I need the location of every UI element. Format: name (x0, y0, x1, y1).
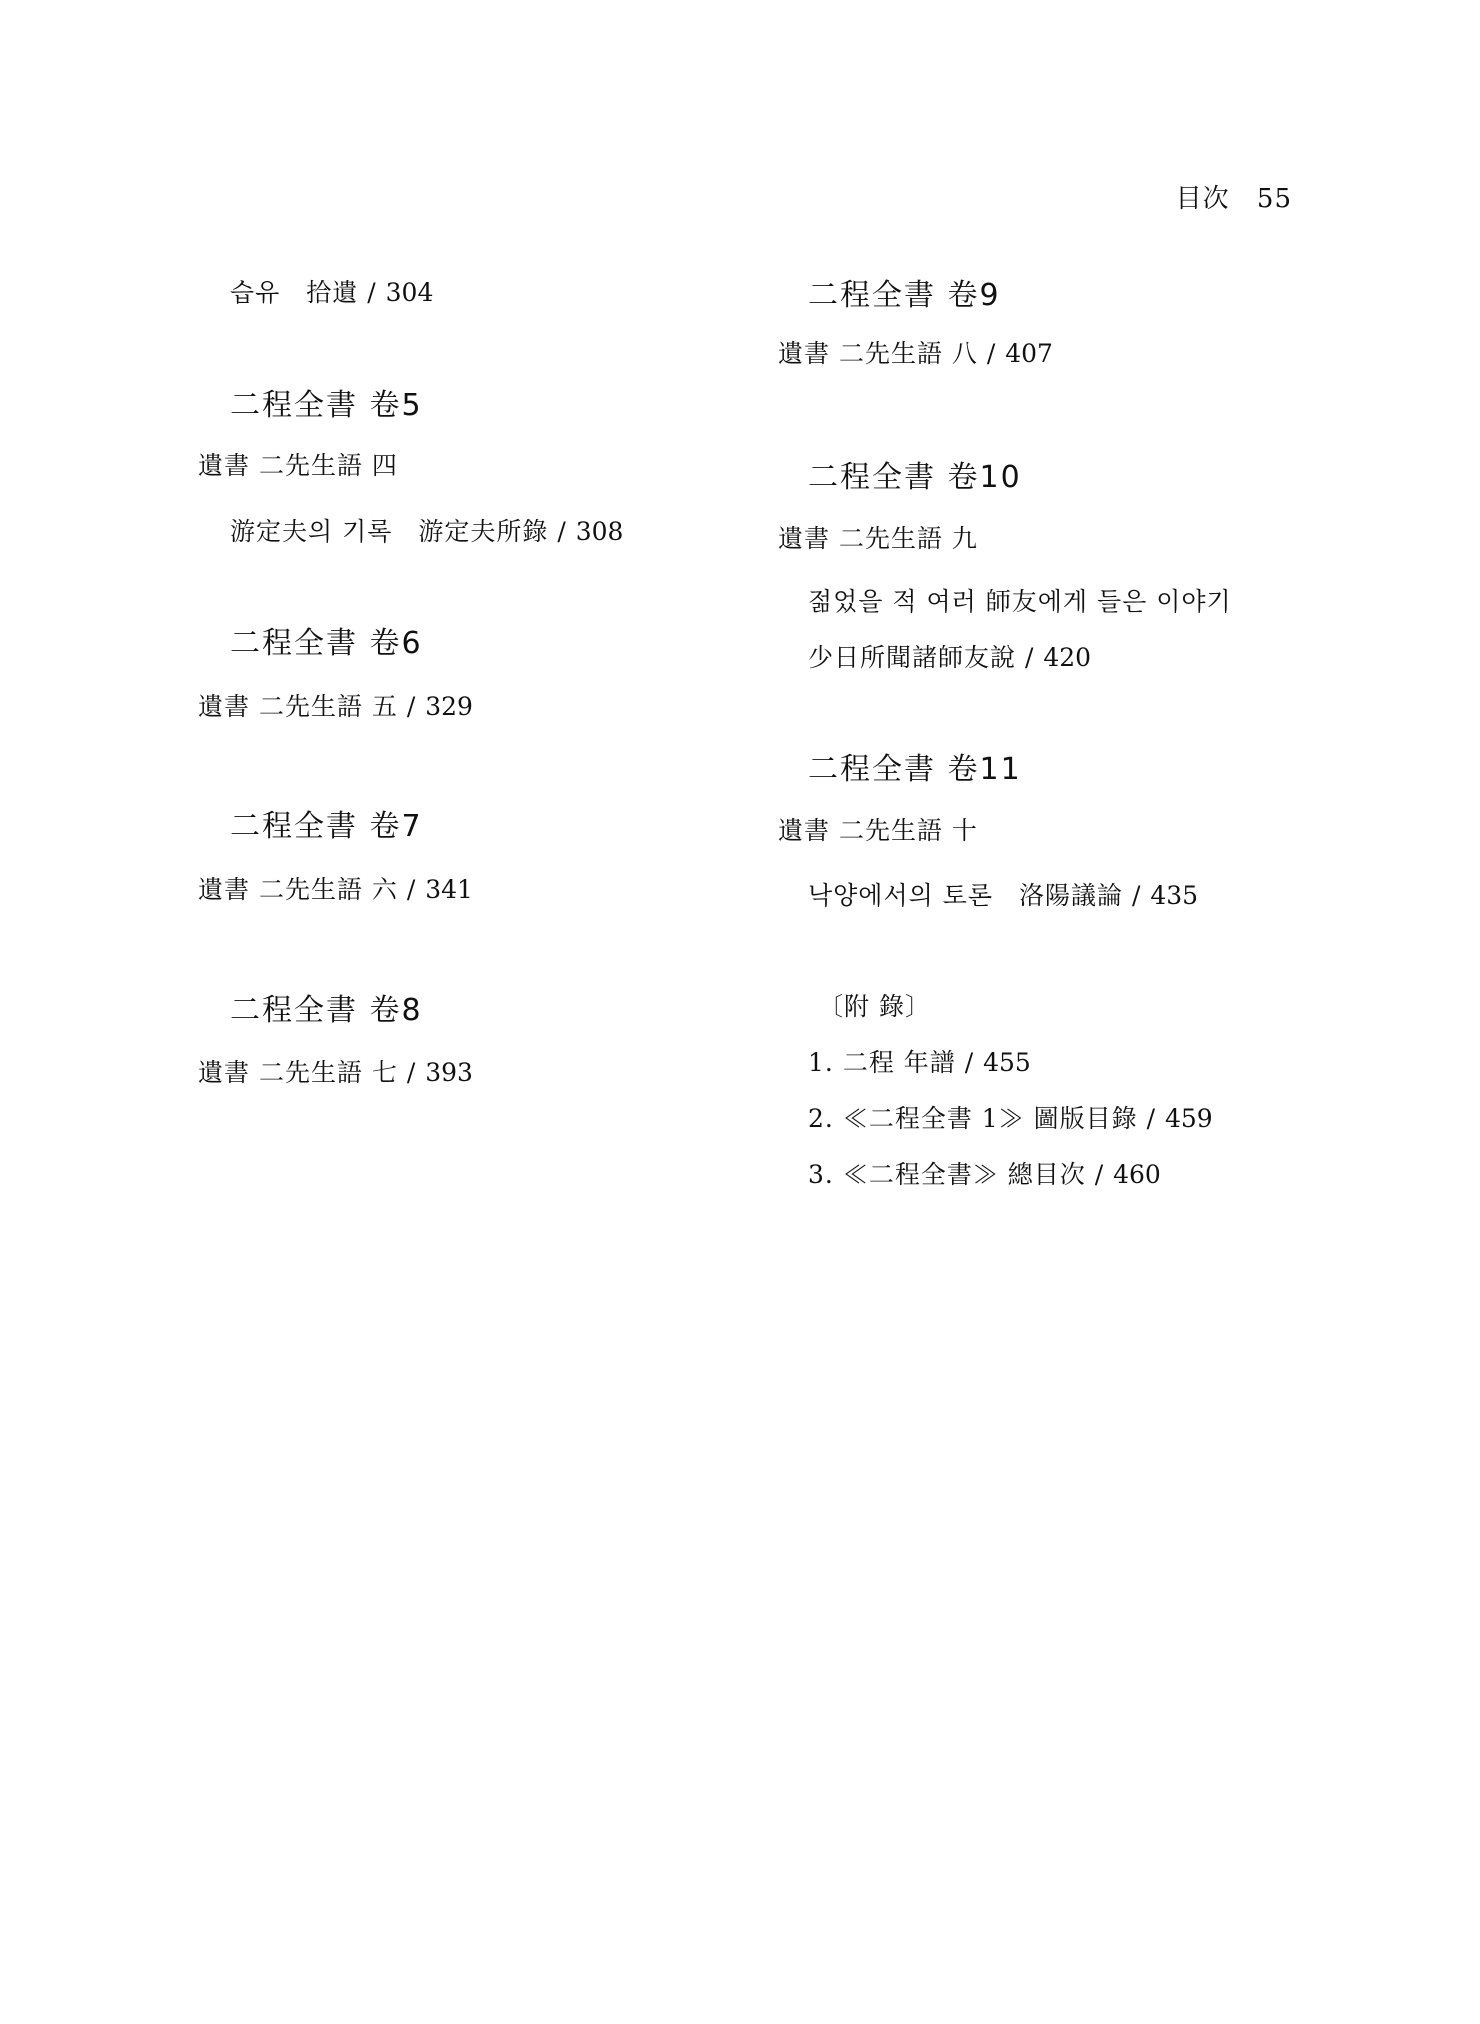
entry-page: 308 (576, 517, 624, 546)
appendix-item[interactable]: 3. ≪二程全書≫ 總目次 / 460 (808, 1158, 1161, 1192)
entry-page: 341 (425, 875, 473, 904)
volume-heading: 二程全書 卷6 (230, 625, 423, 663)
entry-page: 393 (425, 1058, 473, 1087)
toc-entry[interactable]: 遺書 二先生語 五 / 329 (198, 690, 473, 724)
entry-page: 455 (983, 1048, 1031, 1077)
entry-page: 460 (1113, 1160, 1161, 1189)
entry-page: 329 (425, 692, 473, 721)
volume-subtitle: 遺書 二先生語 六 (198, 875, 398, 904)
toc-entry[interactable]: 遺書 二先生語 八 / 407 (778, 337, 1053, 371)
volume-subtitle: 遺書 二先生語 五 (198, 692, 398, 721)
page-number: 55 (1257, 184, 1292, 214)
item-number: 2. (808, 1104, 834, 1133)
entry-title: 낙양에서의 토론 洛陽議論 (808, 881, 1123, 910)
entry-title: 습유 拾遺 (230, 278, 358, 307)
volume-heading: 二程全書 卷7 (230, 808, 423, 846)
volume-subtitle: 遺書 二先生語 四 (198, 449, 398, 483)
entry-page: 435 (1150, 881, 1198, 910)
toc-entry[interactable]: 습유 拾遺 / 304 (230, 276, 433, 310)
toc-entry[interactable]: 遺書 二先生語 六 / 341 (198, 873, 473, 907)
volume-subtitle: 遺書 二先生語 七 (198, 1058, 398, 1087)
volume-heading: 二程全書 卷9 (808, 277, 1001, 315)
item-number: 1. (808, 1048, 834, 1077)
entry-page: 407 (1005, 339, 1053, 368)
entry-title: 二程 年譜 (843, 1048, 956, 1077)
header-title: 目次 (1176, 184, 1230, 214)
volume-subtitle: 遺書 二先生語 八 (778, 339, 978, 368)
entry-title: 游定夫의 기록 游定夫所錄 (230, 517, 548, 546)
entry-title: ≪二程全書≫ 總目次 (843, 1160, 1086, 1189)
entry-page: 420 (1043, 643, 1091, 672)
toc-entry-title-korean[interactable]: 젊었을 적 여러 師友에게 들은 이야기 (808, 585, 1232, 619)
entry-title: ≪二程全書 1≫ 圖版目錄 (843, 1104, 1138, 1133)
toc-entry[interactable]: 少日所聞諸師友說 / 420 (808, 641, 1091, 675)
volume-heading: 二程全書 卷5 (230, 387, 423, 425)
volume-subtitle: 遺書 二先生語 十 (778, 814, 978, 848)
entry-page: 304 (386, 278, 434, 307)
volume-subtitle: 遺書 二先生語 九 (778, 522, 978, 556)
entry-title: 少日所聞諸師友說 (808, 643, 1016, 672)
appendix-item[interactable]: 2. ≪二程全書 1≫ 圖版目錄 / 459 (808, 1102, 1213, 1136)
volume-heading: 二程全書 卷11 (808, 751, 1022, 789)
appendix-item[interactable]: 1. 二程 年譜 / 455 (808, 1046, 1031, 1080)
toc-entry[interactable]: 游定夫의 기록 游定夫所錄 / 308 (230, 515, 623, 549)
running-header: 目次 55 (1176, 178, 1292, 215)
toc-entry[interactable]: 遺書 二先生語 七 / 393 (198, 1056, 473, 1090)
item-number: 3. (808, 1160, 834, 1189)
volume-heading: 二程全書 卷8 (230, 992, 423, 1030)
entry-page: 459 (1165, 1104, 1213, 1133)
volume-heading: 二程全書 卷10 (808, 459, 1022, 497)
appendix-heading: 〔附 錄〕 (818, 990, 931, 1024)
toc-entry[interactable]: 낙양에서의 토론 洛陽議論 / 435 (808, 879, 1198, 913)
